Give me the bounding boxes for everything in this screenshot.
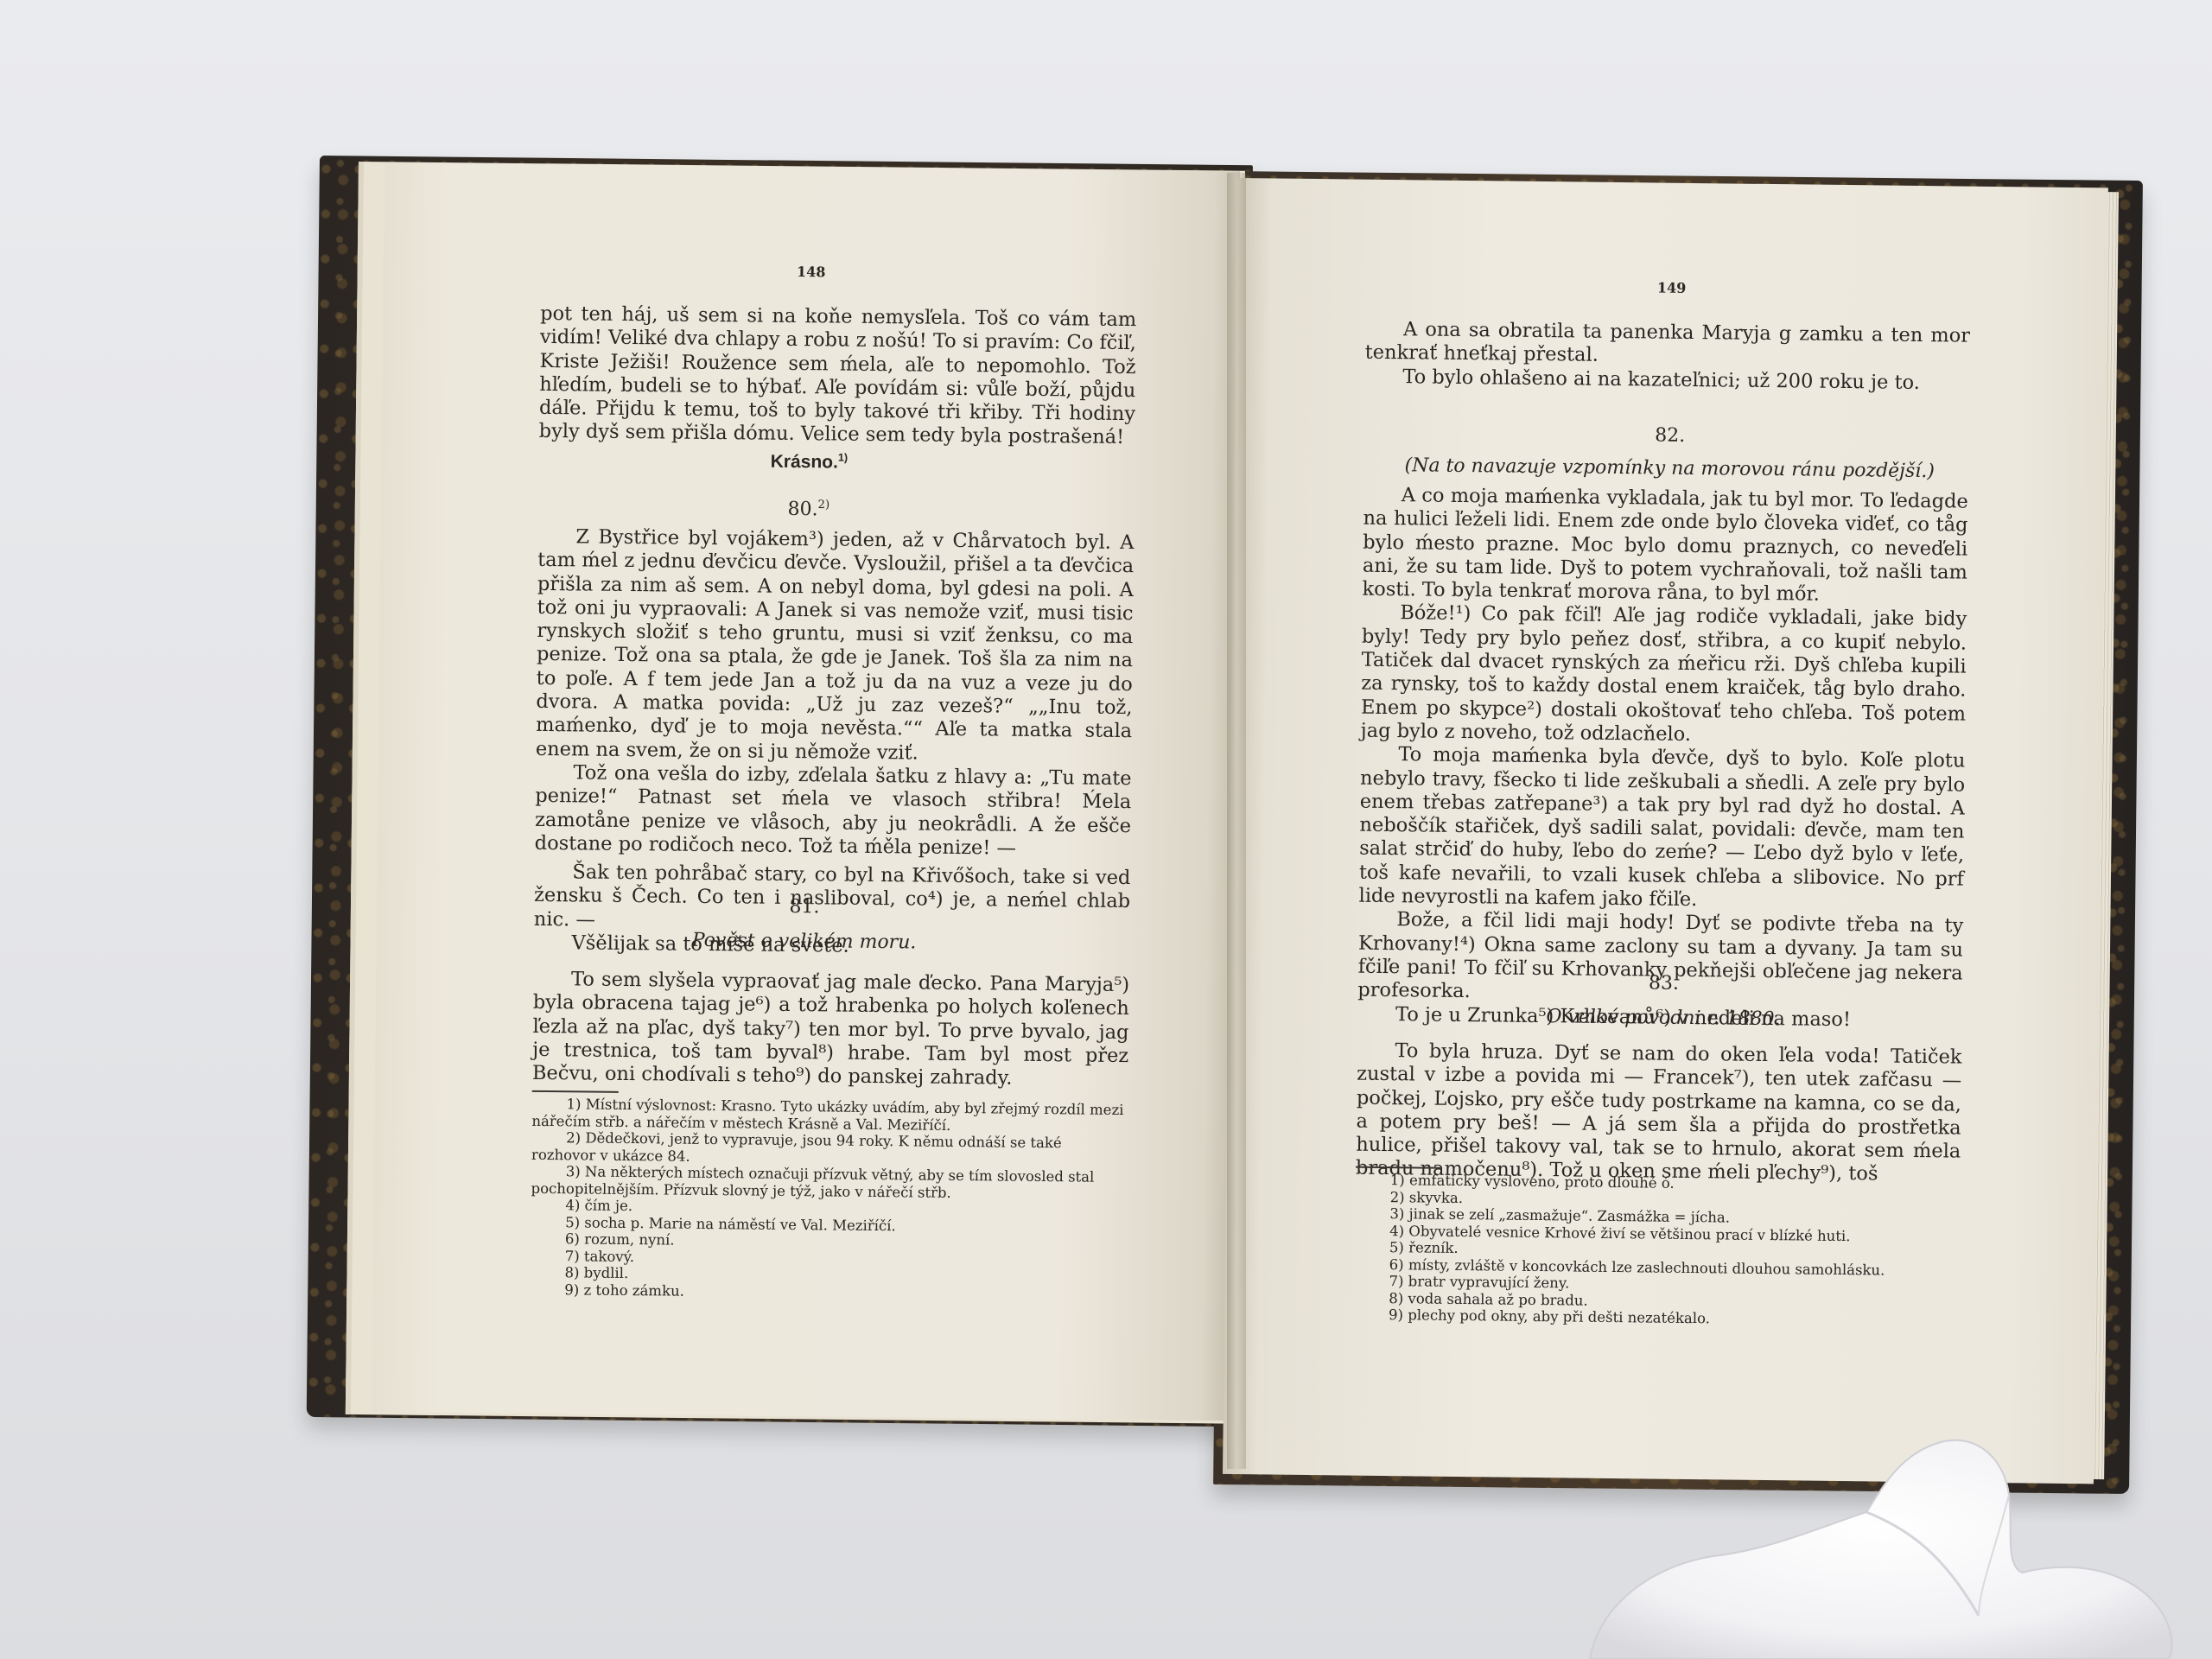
section-title: Krásno.1) [381, 448, 1236, 477]
footnote-mark: 6) [565, 1230, 580, 1247]
page-number: 149 [1236, 275, 2107, 301]
footnote-text: Na některých místech označuji přízvuk vě… [531, 1163, 1094, 1200]
story-subtitle-82: (Na to navazuje vzpomínky na morovou rán… [1234, 453, 2105, 484]
paragraph: Z Bystřice byl vojákem³) jeden, až v Chå… [536, 525, 1135, 767]
footnote-text: voda sahala až po bradu. [1408, 1290, 1587, 1308]
opening-paragraphs: A ona sa obratila ta panenka Maryja g za… [1364, 318, 1970, 396]
footnote-text: skyvka. [1409, 1189, 1463, 1206]
footnote-ref: 2) [818, 499, 830, 512]
footnote-mark: 8) [1389, 1290, 1403, 1306]
white-glove-hand [1573, 1434, 2212, 1659]
footnote-mark: 1) [567, 1096, 582, 1112]
footnote-text: takový. [584, 1248, 634, 1265]
paragraph: To moja maḿenka byla ďevče, dyš to bylo.… [1358, 743, 1965, 915]
footnotes: 1) emfaticky vysloveno, proto dlouhé ó. … [1354, 1172, 1961, 1330]
footnote-mark: 6) [1389, 1256, 1404, 1273]
book-gutter [1227, 173, 1246, 1469]
footnote-text: plechy pod okny, aby při dešti nezatékal… [1408, 1306, 1710, 1326]
footnote-mark: 5) [1389, 1239, 1404, 1255]
paragraph: A ona sa obratila ta panenka Maryja g za… [1365, 318, 1971, 372]
paragraph: To sem slyšela vypraovať jag male ďecko.… [532, 968, 1129, 1092]
footnote-mark: 5) [565, 1214, 580, 1230]
footnote-text: čím je. [584, 1197, 632, 1214]
footnote-mark: 3) [566, 1163, 581, 1179]
footnote-text: Dědečkovi, jenž to vypravuje, jsou 94 ro… [531, 1129, 1062, 1164]
section-title-text: Krásno. [771, 452, 838, 473]
footnote-mark: 7) [565, 1248, 580, 1264]
footnote-mark: 9) [1389, 1306, 1403, 1323]
right-page: 149 A ona sa obratila ta panenka Maryja … [1223, 178, 2108, 1484]
footnote-mark: 7) [1389, 1273, 1403, 1289]
footnote-text: bratr vypravující ženy. [1408, 1273, 1570, 1291]
footnote-mark: 8) [564, 1264, 579, 1281]
opening-paragraph: pot ten háj, uš sem si na koňe nemysľela… [539, 302, 1137, 450]
footnote-mark: 9) [564, 1281, 579, 1298]
footnote-ref: 1) [838, 452, 848, 464]
page-number: 148 [384, 259, 1239, 284]
footnote-mark: 4) [1389, 1223, 1404, 1239]
paragraph: Tož ona vešla do izby, zďelala šatku z h… [535, 761, 1132, 861]
story-number: 80. [787, 499, 817, 520]
footnote-text: z toho zámku. [583, 1281, 684, 1299]
story-81-body: To sem slyšela vypraovať jag male ďecko.… [532, 968, 1129, 1092]
footnotes: 1) Místní výslovnost: Krasno. Tyto ukázk… [530, 1096, 1128, 1304]
footnote-mark: 4) [565, 1197, 580, 1213]
footnote-mark: 3) [1389, 1205, 1404, 1222]
story-82-body: A co moja maḿenka vykladala, jak tu byl … [1357, 484, 1968, 1033]
footnote-rule [532, 1090, 619, 1093]
story-number-80: 80.2) [381, 494, 1236, 524]
paragraph: pot ten háj, uš sem si na koňe nemysľela… [539, 302, 1137, 450]
paragraph: A co moja maḿenka vykladala, jak tu byl … [1362, 484, 1968, 608]
footnote-text: řezník. [1408, 1239, 1459, 1256]
story-83-body: To byla hruza. Dyť se nam do oken ľela v… [1356, 1039, 1962, 1188]
footnote-text: bydlil. [584, 1264, 629, 1281]
story-number-82: 82. [1235, 420, 2106, 451]
paragraph: Bóže!¹) Co pak fčiľ! Aľe jag rodiče vykl… [1361, 601, 1967, 750]
footnote-mark: 2) [1390, 1189, 1405, 1205]
footnote-mark: 1) [1390, 1172, 1405, 1188]
left-page: 148 pot ten háj, uš sem si na koňe nemys… [372, 162, 1240, 1421]
footnote-mark: 2) [566, 1129, 581, 1146]
paragraph: To byla hruza. Dyť se nam do oken ľela v… [1356, 1039, 1962, 1188]
footnote-text: Místní výslovnost: Krasno. Tyto ukázky u… [531, 1096, 1123, 1133]
footnote-text: rozum, nyní. [584, 1230, 675, 1248]
